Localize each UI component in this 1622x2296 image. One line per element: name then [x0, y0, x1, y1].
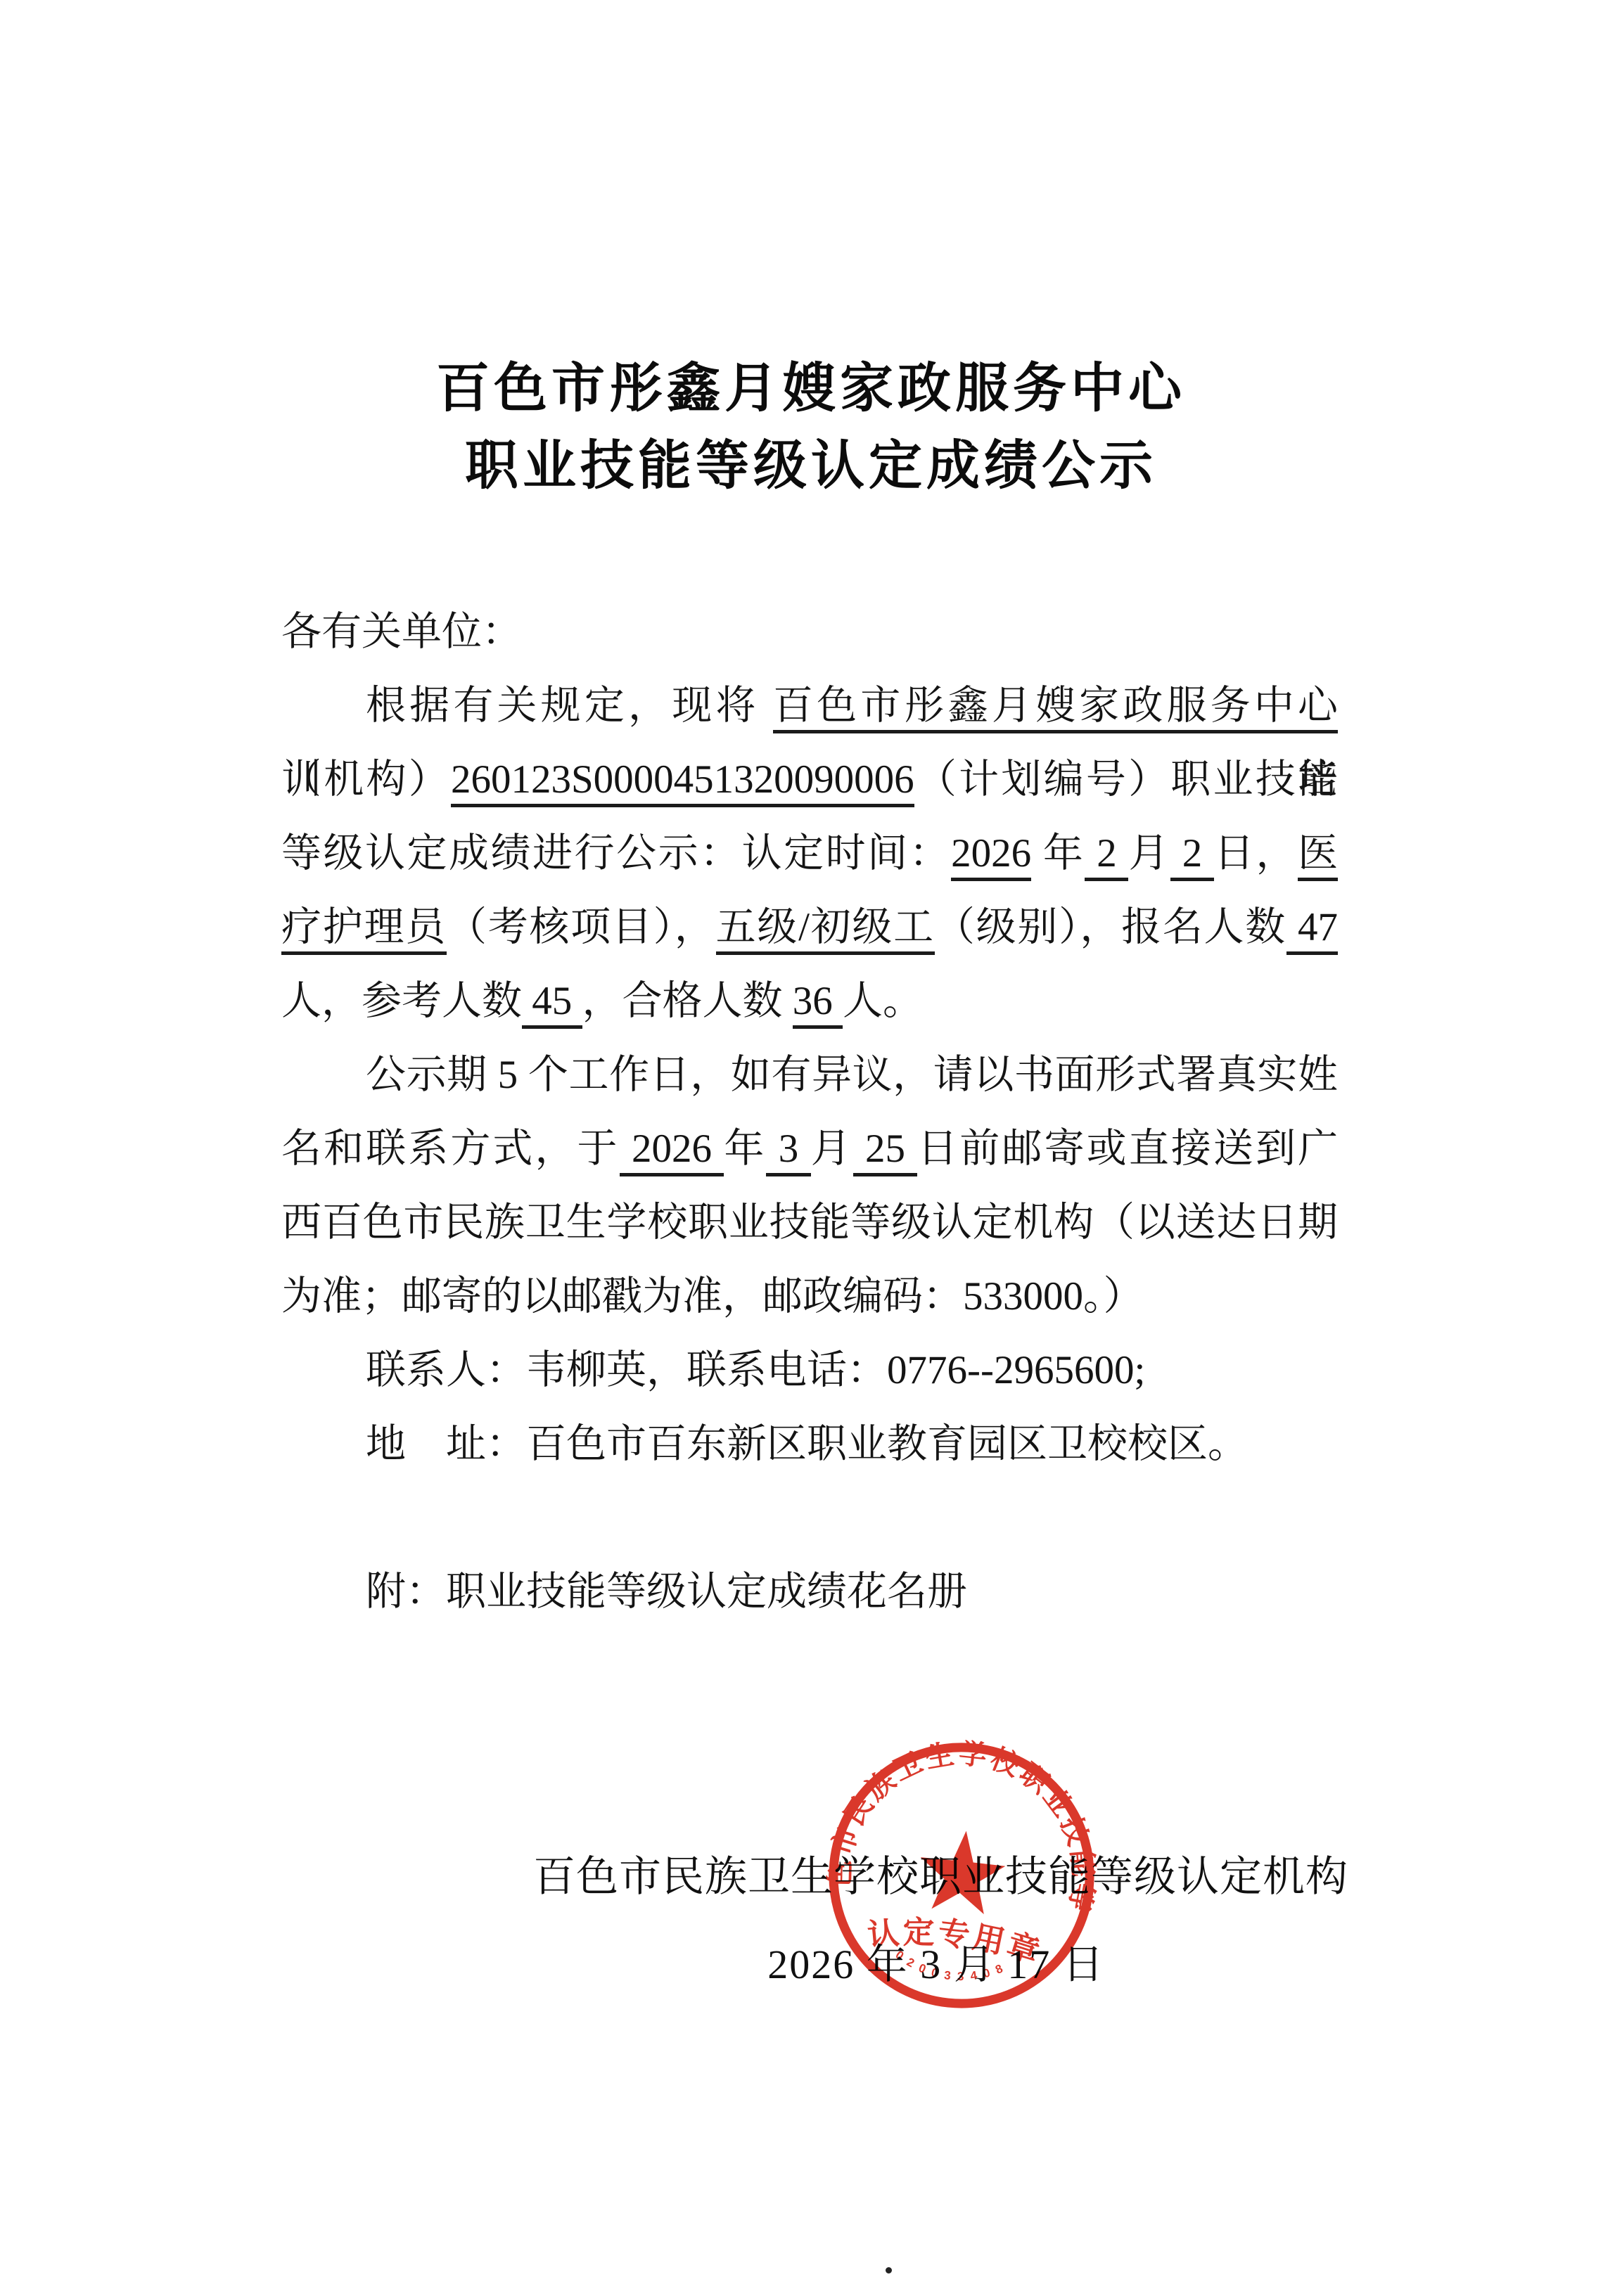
- underlined-text: 2: [1085, 831, 1128, 881]
- text-segment: 根据有关规定，现将: [366, 684, 773, 728]
- underlined-text: 260123S0000451320090006: [451, 757, 914, 807]
- text-segment: 公示期 5 个工作日，如有异议，请以书面形式署真实姓: [366, 1053, 1338, 1097]
- text-segment: 人。: [843, 979, 923, 1023]
- text-segment: 地 址：百色市百东新区职业教育园区卫校校区。: [366, 1422, 1248, 1466]
- text-segment: 为准；邮寄的以邮戳为准，邮政编码：533000。）: [281, 1274, 1144, 1319]
- underlined-text: 45: [522, 979, 582, 1029]
- signature-org: 百色市民族卫生学校职业技能等级认定机构: [533, 1854, 1339, 1900]
- title-line-2: 职业技能等级认定成绩公示: [0, 428, 1622, 505]
- text-line: 西百色市民族卫生学校职业技能等级认定机构（以送达日期: [281, 1186, 1338, 1259]
- text-segment: 名和联系方式，于: [281, 1127, 620, 1171]
- body-lines: 各有关单位：根据有关规定，现将 百色市彤鑫月嫂家政服务中心（培训机构）26012…: [281, 595, 1338, 1629]
- text-line: 根据有关规定，现将 百色市彤鑫月嫂家政服务中心（培: [281, 669, 1338, 743]
- text-line: 各有关单位：: [281, 595, 1338, 669]
- text-line: 地 址：百色市百东新区职业教育园区卫校校区。: [281, 1407, 1338, 1481]
- text-segment: 人，参考人数: [281, 979, 522, 1023]
- text-line: 名和联系方式，于 2026 年 3 月 25 日前邮寄或直接送到广: [281, 1112, 1338, 1186]
- text-segment: 日，: [1214, 831, 1298, 876]
- underlined-text: 25: [853, 1127, 918, 1176]
- text-line: 等级认定成绩进行公示：认定时间：2026 年 2 月 2 日，医: [281, 816, 1338, 890]
- underlined-text: 百色市彤鑫月嫂家政服务中心: [773, 684, 1338, 733]
- text-segment: 附：职业技能等级认定成绩花名册: [366, 1570, 967, 1614]
- underlined-text: 36: [793, 979, 843, 1029]
- text-segment: 西百色市民族卫生学校职业技能等级认定机构（以送达日期: [281, 1200, 1338, 1245]
- text-line: [281, 1481, 1338, 1555]
- text-line: 为准；邮寄的以邮戳为准，邮政编码：533000。）: [281, 1259, 1338, 1333]
- text-segment: 各有关单位：: [281, 610, 522, 654]
- text-line: 附：职业技能等级认定成绩花名册: [281, 1555, 1338, 1629]
- underlined-text: 五级/初级工: [716, 905, 935, 955]
- underlined-text: 2: [1170, 831, 1214, 881]
- text-line: 公示期 5 个工作日，如有异议，请以书面形式署真实姓: [281, 1038, 1338, 1112]
- signature-block: 百色市民族卫生学校职业技能等级认定机构 2026 年 3 月 17 日: [533, 1854, 1339, 1987]
- title-line-1: 百色市彤鑫月嫂家政服务中心: [0, 350, 1622, 428]
- text-segment: 月: [1128, 831, 1170, 876]
- text-segment: ，合格人数: [582, 979, 793, 1023]
- underlined-text: 医: [1298, 831, 1338, 881]
- text-line: 训机构）260123S0000451320090006（计划编号）职业技能: [281, 743, 1338, 816]
- stray-ink-dot: [886, 2267, 892, 2273]
- text-segment: （考核项目），: [447, 905, 716, 949]
- text-segment: 日前邮寄或直接送到广: [917, 1127, 1338, 1171]
- text-line: 联系人：韦柳英，联系电话：0776--2965600;: [281, 1333, 1338, 1407]
- underlined-text: 2026: [951, 831, 1031, 881]
- document-title: 百色市彤鑫月嫂家政服务中心 职业技能等级认定成绩公示: [0, 350, 1622, 505]
- underlined-text: 3: [766, 1127, 810, 1176]
- text-line: 疗护理员（考核项目），五级/初级工（级别），报名人数 47: [281, 890, 1338, 964]
- text-segment: （级别），报名人数: [935, 905, 1286, 949]
- text-segment: 年: [1031, 831, 1085, 876]
- text-segment: 等级认定成绩进行公示：认定时间：: [281, 831, 951, 876]
- underlined-text: 2026: [620, 1127, 724, 1176]
- text-segment: 月: [811, 1127, 853, 1171]
- text-segment: 联系人：韦柳英，联系电话：0776--2965600;: [366, 1348, 1145, 1392]
- text-segment: （计划编号）职业技能: [914, 757, 1338, 802]
- scanned-document-page: { "title": { "line1": "百色市彤鑫月嫂家政服务中心", "…: [0, 0, 1622, 2296]
- underlined-text: 47: [1286, 905, 1338, 955]
- underlined-text: 疗护理员: [281, 905, 447, 955]
- text-segment: 年: [724, 1127, 766, 1171]
- signature-date: 2026 年 3 月 17 日: [533, 1942, 1339, 1987]
- text-line: 人，参考人数 45 ，合格人数 36 人。: [281, 964, 1338, 1038]
- text-segment: 训机构）: [281, 757, 451, 802]
